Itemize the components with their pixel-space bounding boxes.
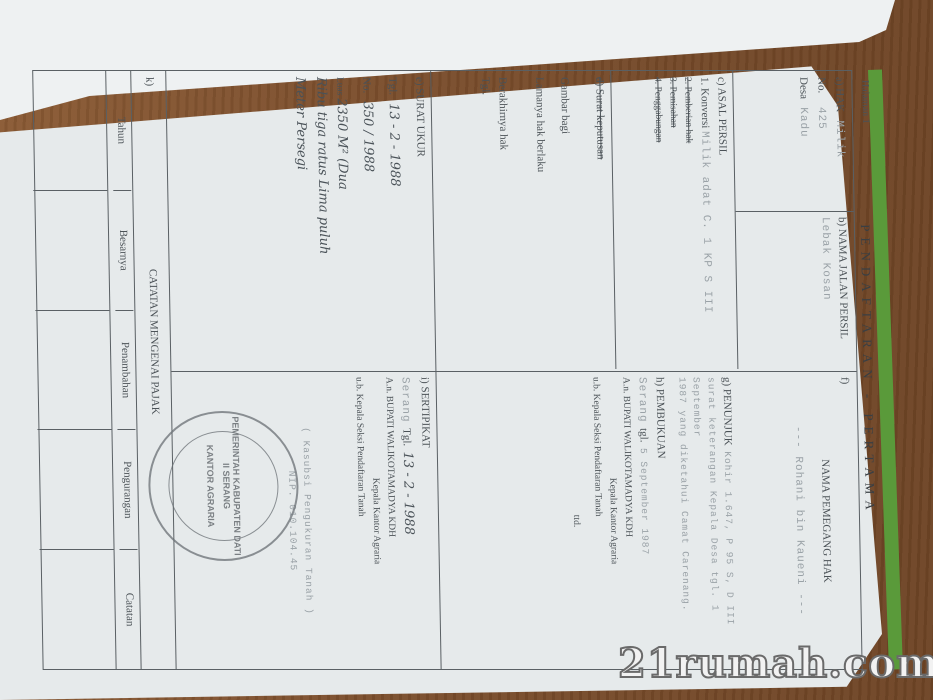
stamp-outer-text: PEMERINTAH KABUPATEN DATI II SERANG: [220, 413, 243, 559]
desa-label: Desa: [797, 77, 809, 99]
section-pemegang-hak: f) NAMA PEMEGANG HAK --- Rohani bin Kaue…: [738, 371, 861, 671]
tax-col-tahun: Tahun: [111, 71, 131, 191]
pemegang-hak-f-label: f): [835, 377, 857, 665]
section-nama-jalan: b) NAMA JALAN PERSIL Lebak Kosan: [812, 211, 857, 371]
luas-label: Luas: [334, 77, 344, 95]
penunjuk-line-2: surat keterangan Kepala Desa tgl. 1 Sept…: [688, 377, 722, 665]
pembukuan-date: 5 September 1987: [638, 448, 651, 555]
stamp-inner-text: KANTOR AGRARIA: [204, 413, 217, 559]
watermark: 21rumah.com: [618, 640, 933, 687]
stamp-text: PEMERINTAH KABUPATEN DATI II SERANG KANT…: [149, 413, 298, 559]
section-surat-ukur: e) SURAT UKUR Tgl. 13 - 2 - 1988 No. 350…: [285, 71, 436, 371]
tax-col-besarnya: Besarnya: [113, 191, 133, 311]
nama-jalan-value: Lebak Kosan: [816, 217, 836, 365]
section-asal-persil: c) ASAL PERSIL 1. Konversi Milik adat C.…: [646, 71, 738, 371]
surat-keputusan-label: d) Surat keputusan: [590, 77, 612, 365]
tax-col-catatan: Catatan: [120, 550, 140, 669]
hak-label: a) HAK: [833, 77, 846, 112]
pembukuan-ttd: ttd.: [566, 377, 586, 665]
tax-cell: [40, 550, 116, 669]
tax-col-pengurangan: Pengurangan: [117, 430, 137, 550]
tax-cell: [37, 430, 113, 550]
pemegang-hak-name: --- Rohani bin Kaueni ---: [787, 377, 809, 665]
tax-cell: [33, 191, 109, 311]
tax-cell: [31, 71, 107, 191]
pajak-k-label: k): [143, 77, 155, 86]
section-pembukuan: h) PEMBUKUAN Serang tgl. 5 September 198…: [561, 371, 676, 671]
penunjuk-line-1: Kohir 1.647, P 95 S, D III: [722, 451, 736, 625]
surat-ukur-no: 350 / 1988: [360, 101, 376, 172]
tax-cell: [35, 311, 111, 431]
surat-ukur-date: 13 - 2 - 1988: [386, 103, 402, 186]
section-surat-keputusan: d) Surat keputusan Gambar bagi Lamanya h…: [472, 71, 616, 371]
nama-jalan-label: b) NAMA JALAN PERSIL: [833, 217, 853, 365]
konversi-label: 1. Konversi: [698, 77, 711, 128]
no-value: 425: [815, 107, 827, 130]
sertipikat-place: Serang: [398, 377, 411, 423]
pemegang-hak-heading: NAMA PEMEGANG HAK: [814, 377, 836, 665]
no-label: No.: [815, 77, 827, 93]
surat-ukur-no-label: No.: [360, 77, 372, 93]
pajak-heading: CATATAN MENGENAI PAJAK: [147, 269, 162, 415]
section-penunjuk: g) PENUNJUK Kohir 1.647, P 95 S, D III s…: [669, 371, 743, 671]
tax-table-body: [31, 71, 116, 669]
surat-ukur-tgl-label: Tgl.: [386, 77, 398, 95]
gambar-label: Gambar bagi: [555, 77, 577, 365]
section-hak: a) HAK Milik No. 425 Desa Kadu: [789, 71, 854, 211]
lamanya-label: Lamanya hak berlaku: [530, 77, 552, 365]
surat-ukur-label: e) SURAT UKUR: [410, 77, 432, 365]
tax-col-penambahan: Penambahan: [115, 311, 135, 431]
sertipikat-date: 13 - 2 - 1988: [400, 452, 416, 535]
konversi-value: Milik adat C. 1 KP S III: [698, 131, 713, 313]
form-frame: a) HAK Milik No. 425 Desa Kadu b) NAMA J…: [32, 70, 862, 670]
desa-value: Kadu: [797, 107, 810, 137]
penunjuk-label: g) PENUNJUK: [721, 377, 734, 446]
official-stamp: PEMERINTAH KABUPATEN DATI II SERANG KANT…: [147, 411, 300, 561]
hak-value: Milik: [833, 120, 846, 158]
pembukuan-tgl-label: tgl.: [637, 428, 649, 442]
section-sertipikat: i) SERTIPIKAT Serang Tgl. 13 - 2 - 1988 …: [278, 371, 442, 671]
pembukuan-place: Serang: [635, 377, 648, 423]
land-certificate-document: Halaman 1 PENDAFTARAN - PERTAMA a) HAK M…: [20, 60, 891, 680]
luas-value: 2350 M² (Dua: [333, 98, 350, 190]
sertipikat-tgl-label: Tgl.: [400, 428, 412, 446]
